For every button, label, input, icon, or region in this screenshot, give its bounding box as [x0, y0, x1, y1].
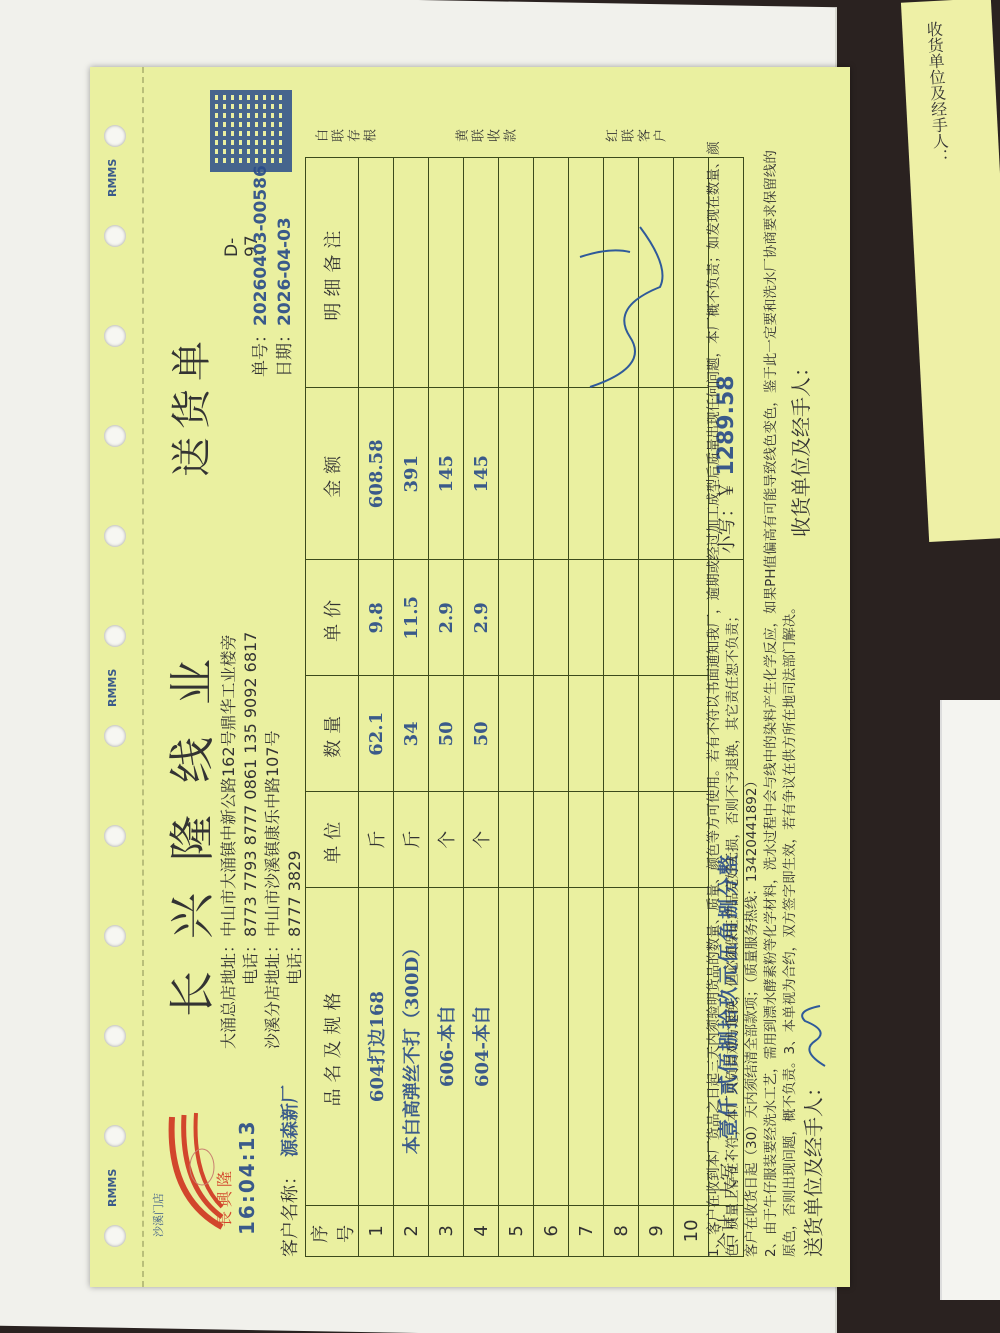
customer-name: 源森新厂 [280, 1085, 301, 1157]
carbon-copy-labels: 白联存根 黄联收款 红联客户 [305, 87, 725, 147]
header-index: 序号 [306, 1205, 359, 1256]
feed-hole [104, 725, 126, 747]
adjacent-slip-bottom [940, 700, 1000, 1300]
table-row: 5 [499, 157, 534, 1256]
order-date: 日期：2026-04-03 [270, 217, 295, 377]
address-row: 电话：8773 7793 8777 0861 135 9092 6817 [240, 631, 262, 1056]
order-number: 单号：20260403-00586 [246, 165, 271, 377]
handwritten-mark-icon [570, 207, 680, 407]
qr-code-icon [210, 90, 292, 172]
feed-hole [104, 1225, 126, 1247]
adjacent-slip-top: 收货单位及经手人： [901, 0, 1000, 542]
term-payment: 客户在收货日起（30）天内须结清全部款项；（质量服务热线：13420441892… [743, 137, 762, 1257]
company-addresses: 大涌总店地址：中山市大涌镇中新公路162号鼎华工业楼旁 电话：8773 7793… [218, 631, 306, 1056]
feed-hole [104, 125, 126, 147]
feed-hole [104, 1125, 126, 1147]
form-header: 沙溪门店 長興隆 16:04:13 长兴隆线业 送货单 大涌总店地址：中山市大涌… [150, 97, 300, 1257]
customer-field: 客户名称：源森新厂 [276, 1085, 302, 1257]
header-price: 单价 [306, 559, 359, 675]
table-row: 3 606-本白 个 50 2.9 145 [429, 157, 464, 1256]
feed-strip-code: RMMS [106, 158, 119, 196]
feed-hole [104, 225, 126, 247]
adjacent-slip-text: 收货单位及经手人： [922, 20, 953, 165]
feed-hole [104, 625, 126, 647]
table-row: 6 [534, 157, 569, 1256]
copy-label-red: 红联客户 [605, 128, 669, 147]
terms-and-conditions: 1、客户在收到本厂货品之日起三天内须验明货品的数量、质量、颜色等方可使用。若有不… [705, 137, 800, 1257]
table-row: 1 604打边168 斤 62.1 9.8 608.58 [359, 157, 394, 1256]
feed-strip-code: RMMS [106, 668, 119, 706]
header-qty: 数量 [306, 675, 359, 791]
header-note: 明细备注 [306, 157, 359, 387]
table-header-row: 序号 品名及规格 单位 数量 单价 金额 明细备注 [306, 157, 359, 1256]
header-amount: 金额 [306, 387, 359, 559]
sender-signature: 送货单位及经手人： [795, 1000, 835, 1256]
print-time: 16:04:13 [235, 1119, 259, 1235]
company-name: 长兴隆线业 [156, 627, 222, 1017]
feed-hole [104, 925, 126, 947]
feed-hole [104, 425, 126, 447]
table-row: 2 本白高弹丝不打（300D） 斤 34 11.5 391 [394, 157, 429, 1256]
copy-label-yellow: 黄联收款 [455, 128, 519, 147]
feed-hole [104, 825, 126, 847]
document-title: 送货单 [160, 333, 217, 477]
table-row: 4 604-本白 个 50 2.9 145 [464, 157, 499, 1256]
feed-hole [104, 525, 126, 547]
feed-hole [104, 1025, 126, 1047]
logo-brand-name: 長興隆 [212, 1166, 235, 1226]
tractor-feed-strip: RMMS RMMS RMMS [90, 67, 144, 1287]
copy-label-white: 白联存根 [315, 128, 379, 147]
feed-hole [104, 325, 126, 347]
address-row: 沙溪分店地址：中山市沙溪镇康乐中路107号 [262, 631, 284, 1056]
header-name: 品名及规格 [306, 887, 359, 1204]
address-row: 电话：8777 3829 [284, 631, 306, 1056]
term-1: 1、客户在收到本厂货品之日起三天内须验明货品的数量、质量、颜色等方可使用。若有不… [705, 137, 743, 1257]
header-unit: 单位 [306, 791, 359, 887]
delivery-note: RMMS RMMS RMMS 沙溪门店 長興隆 16:04:13 长兴隆线业 送… [90, 67, 850, 1287]
address-row: 大涌总店地址：中山市大涌镇中新公路162号鼎华工业楼旁 [218, 631, 240, 1056]
receiver-signature: 收货单位及经手人： [785, 357, 814, 537]
feed-strip-code: RMMS [106, 1168, 119, 1206]
handwritten-signature-icon [795, 1000, 835, 1070]
